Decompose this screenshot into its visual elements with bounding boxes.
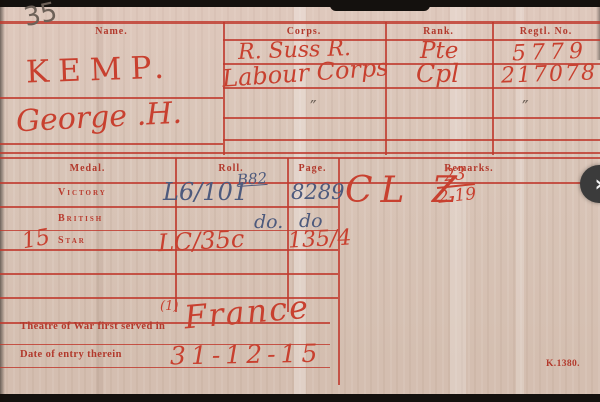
medal-index-card-scan: Name. Corps. Rank. Regtl. No. Medal. Rol… <box>0 0 600 402</box>
theatre-note-handwritten: (1) <box>160 299 178 314</box>
victory-roll-note-handwritten: B82 <box>236 169 267 189</box>
victory-page-handwritten: 8289 <box>291 180 344 204</box>
roll-column-header: Roll. <box>175 163 287 174</box>
scan-edge-bottom <box>0 394 600 402</box>
rule-name-2 <box>0 143 223 145</box>
rule-top <box>0 21 600 24</box>
british-page-ditto-handwritten: do <box>299 210 323 232</box>
rule-row-empty-1 <box>0 273 338 275</box>
rank-row2-handwritten: Cpl <box>416 59 459 88</box>
scan-edge-top-blob <box>330 0 430 11</box>
remarks-fraction-bottom: 2-19 <box>437 185 477 207</box>
rule-section-double-a <box>0 152 600 154</box>
date-value-handwritten: 31-12-15 <box>170 339 323 371</box>
medal-column-header: Medal. <box>0 163 175 174</box>
scan-edge-left <box>0 0 5 402</box>
corps-column-header: Corps. <box>223 26 385 37</box>
chevron-right-icon: › <box>594 172 600 197</box>
rank-column-header: Rank. <box>385 26 492 37</box>
scan-edge-top <box>0 0 600 7</box>
surname-handwritten: KEMP. <box>25 49 173 90</box>
regtl-no-column-header: Regtl. No. <box>492 26 600 37</box>
remarks-fraction-handwritten: 23 2-19 <box>435 165 477 208</box>
theatre-of-war-label: Theatre of War first served in <box>20 321 165 332</box>
page-column-header: Page. <box>287 163 338 174</box>
rule-section-double-b <box>0 157 600 159</box>
corps-ditto-mark: ″ <box>310 97 317 118</box>
divider-corps-rank <box>385 22 387 155</box>
rule-row-victory <box>0 206 338 208</box>
rule-right-4 <box>223 117 600 119</box>
british-roll-ditto-handwritten: do. <box>254 211 283 233</box>
medal-label-star: Star <box>58 235 86 246</box>
form-code: K.1380. <box>546 359 580 369</box>
divider-rank-regtl <box>492 22 494 155</box>
medal-label-british: British <box>58 213 103 224</box>
regtl-no-row2-handwritten: 217078 <box>501 60 598 88</box>
date-of-entry-label: Date of entry therein <box>20 349 122 360</box>
star-roll-handwritten: LC/35c <box>157 225 245 257</box>
victory-roll-handwritten: L6/101 <box>163 178 248 206</box>
medal-label-victory: Victory <box>58 187 107 198</box>
regtl-ditto-mark: ″ <box>522 97 529 118</box>
star-prefix-handwritten: 15 <box>20 225 52 254</box>
rule-right-5 <box>223 139 600 141</box>
